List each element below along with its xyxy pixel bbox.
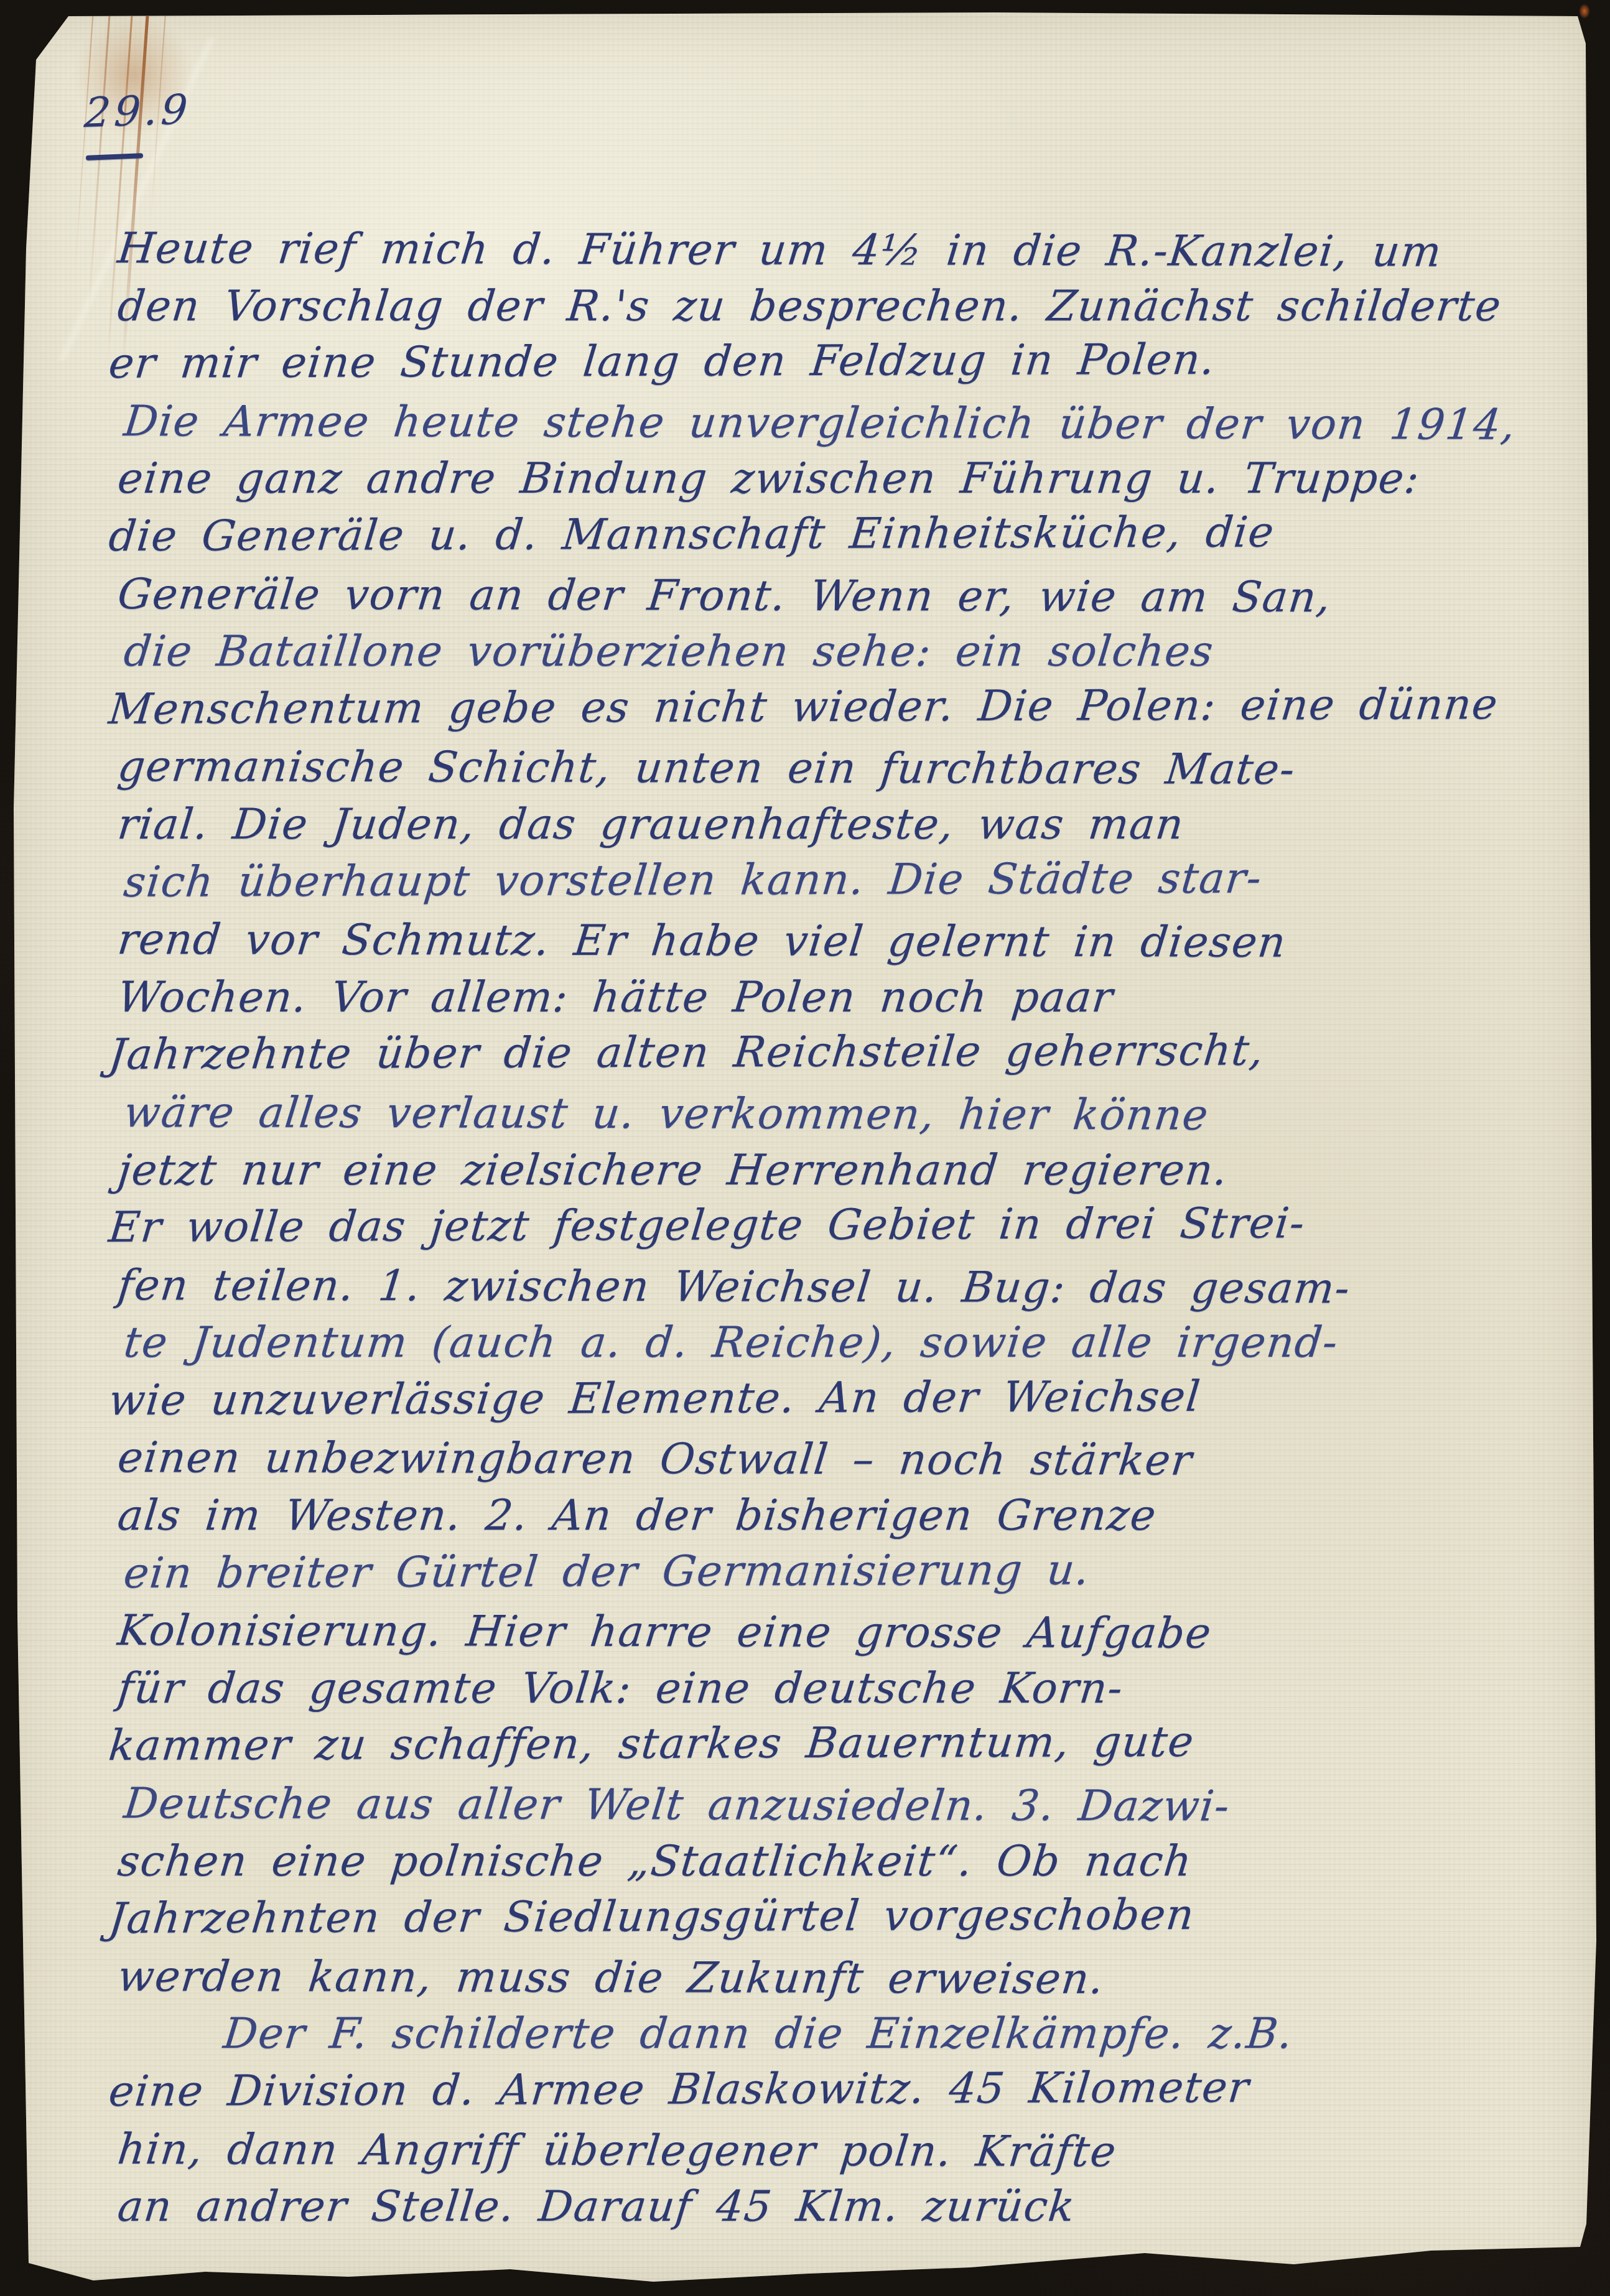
entry-date: 29.9 — [83, 85, 193, 137]
orange-fleck — [1579, 4, 1590, 19]
handwritten-line: fen teilen. 1. zwischen Weichsel u. Bug:… — [114, 1261, 1570, 1322]
handwritten-line: Er wolle das jetzt festgelegte Gebiet in… — [106, 1198, 1570, 1261]
handwritten-line: ein breiter Gürtel der Germanisierung u. — [121, 1544, 1570, 1607]
paper-page: 29.9 Heute rief mich d. Führer um 4½ in … — [0, 0, 1610, 2296]
handwritten-line: Generäle vorn an der Front. Wenn er, wie… — [114, 570, 1570, 631]
handwritten-line: rend vor Schmutz. Er habe viel gelernt i… — [114, 915, 1570, 977]
handwritten-line: eine Division d. Armee Blaskowitz. 45 Ki… — [106, 2062, 1570, 2125]
handwritten-line: Jahrzehnten der Siedlungsgürtel vorgesch… — [106, 1889, 1570, 1952]
handwritten-line: Die Armee heute stehe unvergleichlich üb… — [121, 397, 1570, 458]
handwritten-line: rial. Die Juden, das grauenhafteste, was… — [114, 800, 1570, 858]
handwritten-line: Jahrzehnte über die alten Reichsteile ge… — [106, 1025, 1570, 1088]
handwritten-line: den Vorschlag der R.'s zu besprechen. Zu… — [114, 282, 1570, 340]
handwritten-line: Kolonisierung. Hier harre eine grosse Au… — [114, 1606, 1570, 1668]
handwritten-line: Wochen. Vor allem: hätte Polen noch paar — [114, 973, 1570, 1031]
handwritten-line: einen unbezwingbaren Ostwall – noch stär… — [114, 1433, 1570, 1495]
handwritten-line: germanische Schicht, unten ein furchtbar… — [114, 742, 1570, 804]
handwriting-block: Heute rief mich d. Führer um 4½ in die R… — [114, 224, 1564, 2240]
handwritten-line: schen eine polnische „Staatlichkeit“. Ob… — [114, 1837, 1570, 1895]
handwritten-line: wie unzuverlässige Elemente. An der Weic… — [106, 1371, 1570, 1434]
handwritten-line: die Bataillone vorüberziehen sehe: ein s… — [121, 627, 1570, 685]
handwritten-line: jetzt nur eine zielsichere Herrenhand re… — [114, 1146, 1570, 1204]
handwritten-line: werden kann, muss die Zukunft erweisen. — [114, 1952, 1570, 2014]
handwritten-line: Menschentum gebe es nicht wieder. Die Po… — [106, 680, 1570, 743]
handwritten-line: hin, dann Angriff überlegener poln. Kräf… — [114, 2125, 1570, 2187]
handwritten-line: wäre alles verlaust u. verkommen, hier k… — [121, 1088, 1570, 1150]
handwritten-line: Deutsche aus aller Welt anzusiedeln. 3. … — [121, 1779, 1570, 1841]
handwritten-line: sich überhaupt vorstellen kann. Die Städ… — [121, 852, 1570, 915]
handwritten-line: die Generäle u. d. Mannschaft Einheitskü… — [106, 507, 1570, 570]
handwritten-line: für das gesamte Volk: eine deutsche Korn… — [114, 1664, 1570, 1722]
handwritten-line: Der F. schilderte dann die Einzelkämpfe.… — [121, 2009, 1570, 2067]
handwritten-line: an andrer Stelle. Darauf 45 Klm. zurück — [114, 2182, 1570, 2240]
handwritten-line: eine ganz andre Bindung zwischen Führung… — [114, 454, 1570, 512]
handwritten-line: te Judentum (auch a. d. Reiche), sowie a… — [121, 1318, 1570, 1376]
red-speck-stain — [7, 476, 13, 484]
handwritten-line: er mir eine Stunde lang den Feldzug in P… — [106, 334, 1570, 397]
handwritten-line: Heute rief mich d. Führer um 4½ in die R… — [114, 224, 1570, 286]
handwritten-line: kammer zu schaffen, starkes Bauerntum, g… — [106, 1716, 1570, 1779]
handwritten-line: als im Westen. 2. An der bisherigen Gren… — [114, 1491, 1570, 1549]
scanned-document: { "document": { "date": "29.9", "lines":… — [0, 0, 1610, 2296]
